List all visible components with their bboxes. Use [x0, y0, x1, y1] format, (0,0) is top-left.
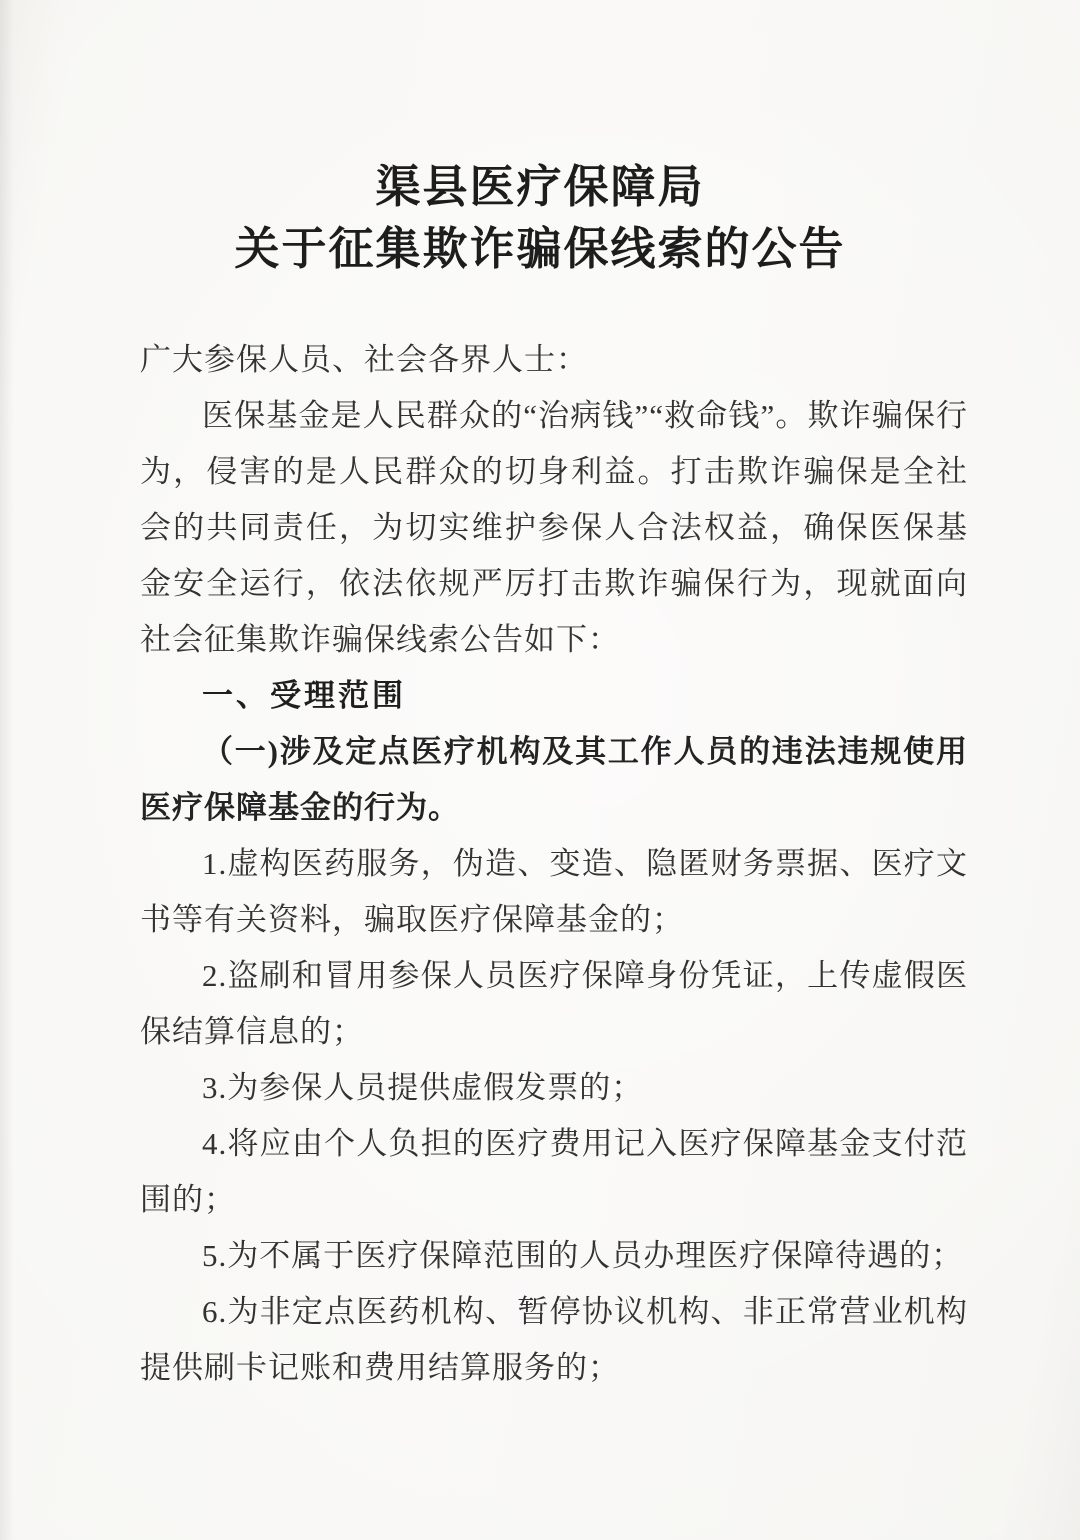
title-line-issuer: 渠县医疗保障局 [0, 156, 1080, 218]
intro-paragraph: 医保基金是人民群众的“治病钱”“救命钱”。欺诈骗保行为，侵害的是人民群众的切身利… [140, 388, 968, 668]
list-item-5: 5.为不属于医疗保障范围的人员办理医疗保障待遇的； [140, 1228, 968, 1284]
salutation: 广大参保人员、社会各界人士： [140, 332, 968, 388]
section-1-heading: 一、受理范围 [140, 668, 968, 724]
list-item-2: 2.盗刷和冒用参保人员医疗保障身份凭证，上传虚假医保结算信息的； [140, 948, 968, 1060]
list-item-3: 3.为参保人员提供虚假发票的； [140, 1060, 968, 1116]
list-item-4: 4.将应由个人负担的医疗费用记入医疗保障基金支付范围的； [140, 1116, 968, 1228]
list-item-6: 6.为非定点医药机构、暂停协议机构、非正常营业机构提供刷卡记账和费用结算服务的； [140, 1284, 968, 1396]
title-line-subject: 关于征集欺诈骗保线索的公告 [0, 218, 1080, 280]
document-title: 渠县医疗保障局 关于征集欺诈骗保线索的公告 [0, 0, 1080, 280]
document-body: 广大参保人员、社会各界人士： 医保基金是人民群众的“治病钱”“救命钱”。欺诈骗保… [140, 332, 968, 1396]
list-item-1: 1.虚构医药服务，伪造、变造、隐匿财务票据、医疗文书等有关资料，骗取医疗保障基金… [140, 836, 968, 948]
subsection-1-heading: （一)涉及定点医疗机构及其工作人员的违法违规使用医疗保障基金的行为。 [140, 724, 968, 836]
scanned-notice-page: 渠县医疗保障局 关于征集欺诈骗保线索的公告 广大参保人员、社会各界人士： 医保基… [0, 0, 1080, 1540]
